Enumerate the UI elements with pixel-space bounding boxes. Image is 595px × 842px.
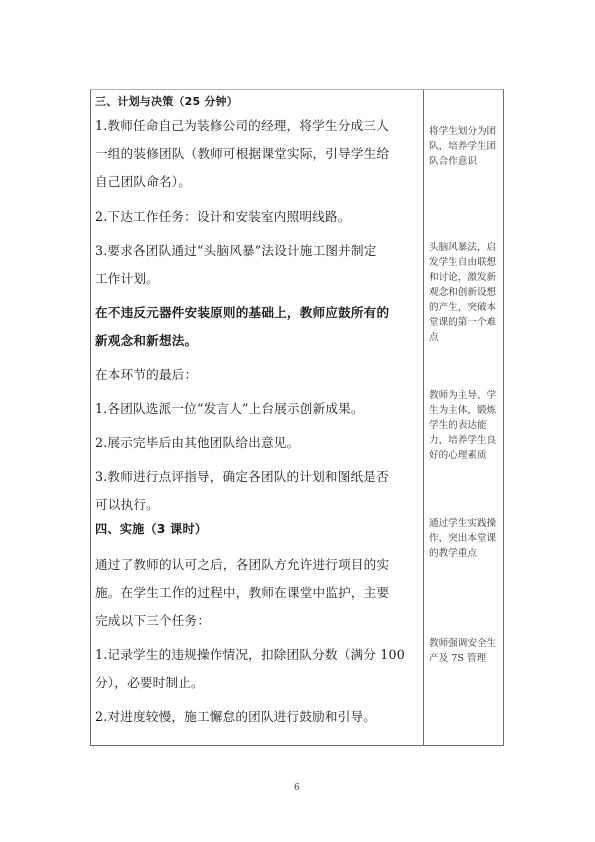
section4-heading: 四、实施（3 课时）: [95, 520, 207, 537]
section3-heading: 三、计划与决策（25 分钟）: [95, 93, 238, 109]
text-line: 1.教师任命自己为装修公司的经理，将学生分成三人: [95, 115, 389, 134]
note-brainstorm: 头脑风暴法，启发学生自由联想和讨论，激发新观念和创新设想的产生，突破本堂课的第一…: [429, 240, 501, 345]
note-teamwork: 将学生划分为团队，培养学生团队合作意识: [429, 124, 501, 169]
text-line: 3.教师进行点评指导，确定各团队的计划和图纸是否: [95, 466, 389, 485]
text-line: 2.对进度较慢，施工懈怠的团队进行鼓励和引导。: [95, 706, 376, 725]
text-line: 可以执行。: [95, 494, 159, 513]
text-line: 2.下达工作任务：设计和安装室内照明线路。: [95, 206, 351, 225]
text-line: 3.要求各团队通过“头脑风暴”法设计施工图并制定: [95, 240, 377, 259]
bold-text-line: 新观念和新想法。: [95, 330, 197, 349]
text-line: 2.展示完毕后由其他团队给出意见。: [95, 432, 299, 451]
text-line: 工作计划。: [95, 268, 159, 287]
text-line: 1.记录学生的违规操作情况，扣除团队分数（满分 100: [95, 644, 405, 663]
bold-text-line: 在不违反元器件安装原则的基础上，教师应鼓所有的: [95, 302, 389, 321]
main-content-column: 三、计划与决策（25 分钟） 1.教师任命自己为装修公司的经理，将学生分成三人 …: [91, 90, 424, 745]
text-line: 施。在学生工作的过程中，教师在课堂中监护，主要: [95, 582, 389, 601]
text-line: 一组的装修团队（教师可根据课堂实际，引导学生给: [95, 143, 389, 162]
note-expression: 教师为主导、学生为主体，锻炼学生的表达能力，培养学生良好的心理素质: [429, 388, 501, 463]
text-line: 分），必要时制止。: [95, 672, 204, 691]
note-safety: 教师强调安全生产及 7S 管理: [429, 636, 501, 666]
lesson-table: 三、计划与决策（25 分钟） 1.教师任命自己为装修公司的经理，将学生分成三人 …: [90, 89, 504, 746]
text-line: 通过了教师的认可之后，各团队方允许进行项目的实: [95, 554, 389, 573]
text-line: 自己团队命名）。: [95, 171, 191, 190]
text-line: 在本环节的最后：: [95, 364, 197, 383]
text-line: 完成以下三个任务：: [95, 610, 210, 629]
page-number: 6: [294, 783, 300, 793]
note-practice: 通过学生实践操作，突出本堂课的教学重点: [429, 516, 501, 561]
text-line: 1.各团队选派一位“发言人”上台展示创新成果。: [95, 398, 364, 417]
notes-column: 将学生划分为团队，培养学生团队合作意识 头脑风暴法，启发学生自由联想和讨论，激发…: [424, 90, 503, 745]
